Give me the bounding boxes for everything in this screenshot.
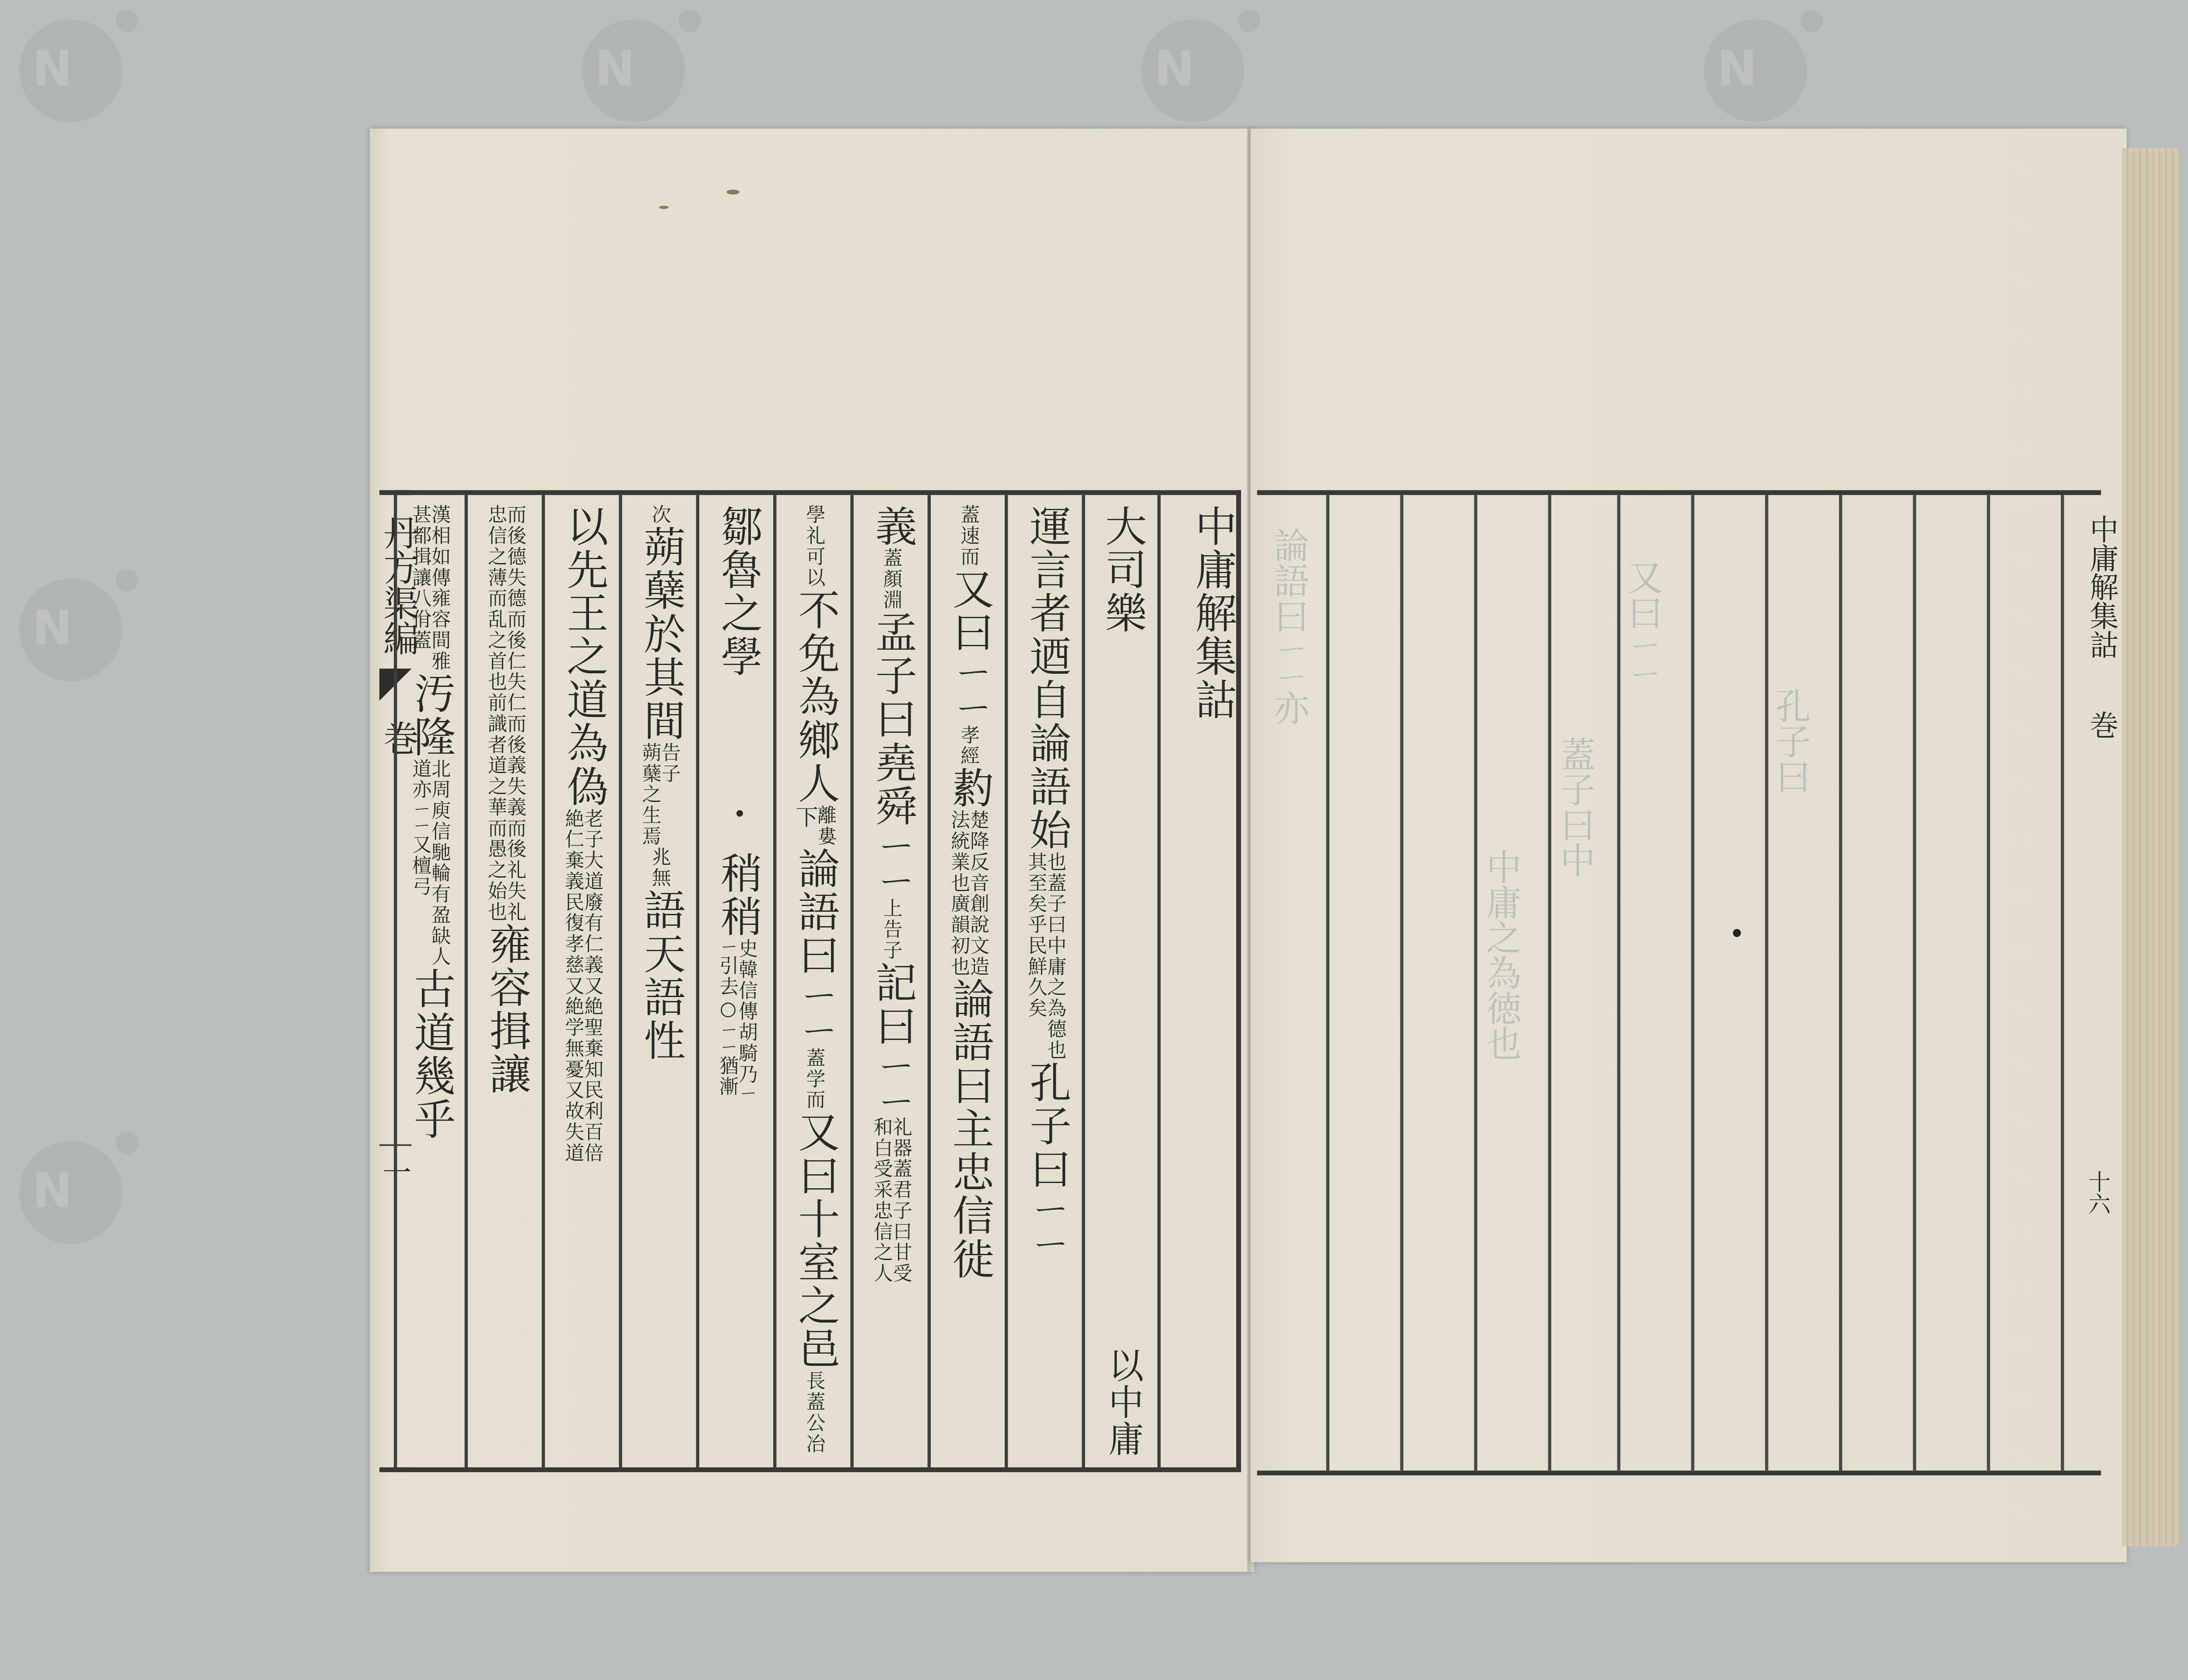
nishogakusha-logo-icon: N [1704, 19, 1807, 122]
annotation-text: 上告子 [883, 898, 902, 960]
annotation-text: 而後德失德而後仁失仁而後義失義而後礼失礼 [506, 504, 526, 922]
main-text: 運言者迺自論語始 [1026, 504, 1068, 851]
reading-marker: 下 [794, 805, 817, 827]
main-text: 孔子曰ㄧㄧ [1026, 1061, 1068, 1261]
annotation-text: 絶仁棄義民復孝慈又絶学無憂又故失道 [564, 808, 583, 1164]
annotation-text: 蓋学而 [805, 1047, 824, 1110]
text-column: 而後德失德而後仁失仁而後義失義而後礼失礼 忠信之薄而乱之首也前識者道之華而愚之始… [470, 504, 543, 1457]
text-column: 中庸解集詁 [1162, 504, 1233, 1457]
main-text: 鄒魯之學 [717, 504, 759, 678]
nishogakusha-logo-icon: N [1141, 19, 1244, 122]
main-text: 論語曰ㄧㄧ [794, 847, 836, 1047]
annotation-text: 也蓋子曰中庸之為德也 [1046, 852, 1066, 1061]
text-column: 義 蓋顏淵 孟子曰堯舜ㄧㄧ 上告子 記曰ㄧㄧ 礼器蓋君子曰甘受 和白受采忠信之人 [855, 504, 929, 1457]
main-text: 不免為鄉人 [794, 588, 836, 805]
text-column: 蓋速而 又曰ㄧㄧ 孝經 䋤 楚降反音創說文造 法統業也廣韻初也 論語曰主忠信徙 [933, 504, 1006, 1457]
annotation-text: 長蓋公冶 [805, 1370, 824, 1454]
fore-edge-book-title: 中庸解集詁 [2086, 514, 2115, 659]
text-column: 大司樂 以中庸 [1087, 504, 1157, 1457]
annotation-text: 告子 [661, 742, 680, 847]
main-text: 又曰十室之邑 [794, 1110, 836, 1370]
text-column: 次 蒴蘖於其間 告子 蒴蘖之生焉 兆無 語天語性 [624, 504, 698, 1457]
annotation-text: 礼器蓋君子曰甘受 [892, 1117, 912, 1284]
annotation-text: 蓋顏淵 [883, 548, 902, 611]
main-text: 汚隆 [410, 672, 452, 759]
annotation-text: 甚都揖讓八佾蓋 [411, 504, 431, 672]
annotation-text: 老子大道廢有仁義又絶聖棄知民利百倍 [583, 808, 603, 1164]
annotation-text: 學礼可以 [805, 504, 824, 588]
main-text: 義 [871, 504, 913, 548]
annotation-text: 蓋速而 [960, 504, 979, 567]
main-text: 䋤 [948, 766, 990, 809]
nishogakusha-logo-icon: N [19, 1141, 122, 1244]
paper-stain [659, 206, 669, 209]
main-text: 稍稍 [717, 852, 759, 939]
right-ruled-frame: 論語曰ㄧㄧ亦 中庸之為徳也 蓋子曰中 又曰ㄧㄧ 孔子曰 [1257, 490, 2101, 1475]
text-column: 學礼可以 不免為鄉人 離婁 下 論語曰ㄧㄧ 蓋学而 又曰十室之邑 長蓋公冶 [778, 504, 852, 1457]
annotation-text: 忠信之薄而乱之首也前識者道之華而愚之始也 [487, 504, 506, 922]
heading-text: 大司樂 [1101, 504, 1143, 635]
page-stack-fore-edge [2122, 148, 2180, 1546]
annotation-text: 法統業也廣韻初也 [950, 809, 969, 976]
annotation-text: 和白受采忠信之人 [873, 1117, 892, 1284]
main-text: 蒴蘖於其間 [640, 525, 682, 742]
annotation-text: 道亦ㄧㄧ又檀弓 [411, 759, 431, 968]
annotation-text: 史韓信傳胡騎乃ㄧ [738, 939, 757, 1102]
text-column: 鄒魯之學 • 稍稍 史韓信傳胡騎乃ㄧ ㄧ引去○ㄧㄧ猶漸 [701, 504, 775, 1457]
text-column: 運言者迺自論語始 也蓋子曰中庸之為德也 其至矣乎民鮮久矣 孔子曰ㄧㄧ [1010, 504, 1083, 1457]
annotation-text: 兆無 [651, 847, 670, 889]
main-text: 以先王之道為偽 [563, 504, 605, 808]
annotation-text: 蒴蘖之生焉 [642, 742, 661, 847]
text-column: 以先王之道為偽 老子大道廢有仁義又絶聖棄知民利百倍 絶仁棄義民復孝慈又絶学無憂又… [547, 504, 621, 1457]
main-text: 孟子曰堯舜ㄧㄧ [871, 611, 913, 898]
fore-edge-volume-mark: 巻 [2086, 710, 2115, 739]
annotation-text: 北周庾信馳輪有盈缺人 [431, 759, 450, 968]
main-text: 古道幾乎 [410, 967, 452, 1141]
annotation-text: 孝經 [960, 724, 979, 766]
main-text: 論語曰主忠信徙 [948, 976, 990, 1280]
column-tail-text: 以中庸 [1105, 1347, 1140, 1457]
annotation-text: 其至矣乎民鮮久矣 [1027, 852, 1046, 1061]
text-column: 漢相如傳雍容間雅 甚都揖讓八佾蓋 汚隆 北周庾信馳輪有盈缺人 道亦ㄧㄧ又檀弓 古… [397, 504, 464, 1457]
ink-dot [1733, 929, 1741, 937]
annotation-text: 次 [651, 504, 670, 525]
main-text: 又曰ㄧㄧ [948, 567, 990, 724]
fore-edge-page-number: 十六 [2086, 1170, 2109, 1215]
annotation-text: ㄧ引去○ㄧㄧ猶漸 [719, 939, 738, 1102]
main-text: 雍容揖讓 [485, 923, 527, 1096]
main-text: 語天語性 [640, 889, 682, 1062]
annotation-text: 楚降反音創說文造 [969, 809, 989, 976]
chapter-title: 中庸解集詁 [1191, 504, 1233, 1457]
punctuation-dot: • [726, 807, 749, 820]
left-text-frame: 中庸解集詁 大司樂 以中庸 運言者迺自論語始 也蓋子曰中庸之為德也 其至矣乎民鮮… [394, 490, 1241, 1472]
nishogakusha-logo-icon: N [582, 19, 685, 122]
nishogakusha-logo-icon: N [19, 578, 122, 681]
annotation-text: 離婁 [817, 805, 836, 847]
main-text: 記曰ㄧㄧ [871, 960, 913, 1117]
annotation-text: 漢相如傳雍容間雅 [431, 504, 450, 672]
paper-stain [726, 189, 739, 194]
nishogakusha-logo-icon: N [19, 19, 122, 122]
